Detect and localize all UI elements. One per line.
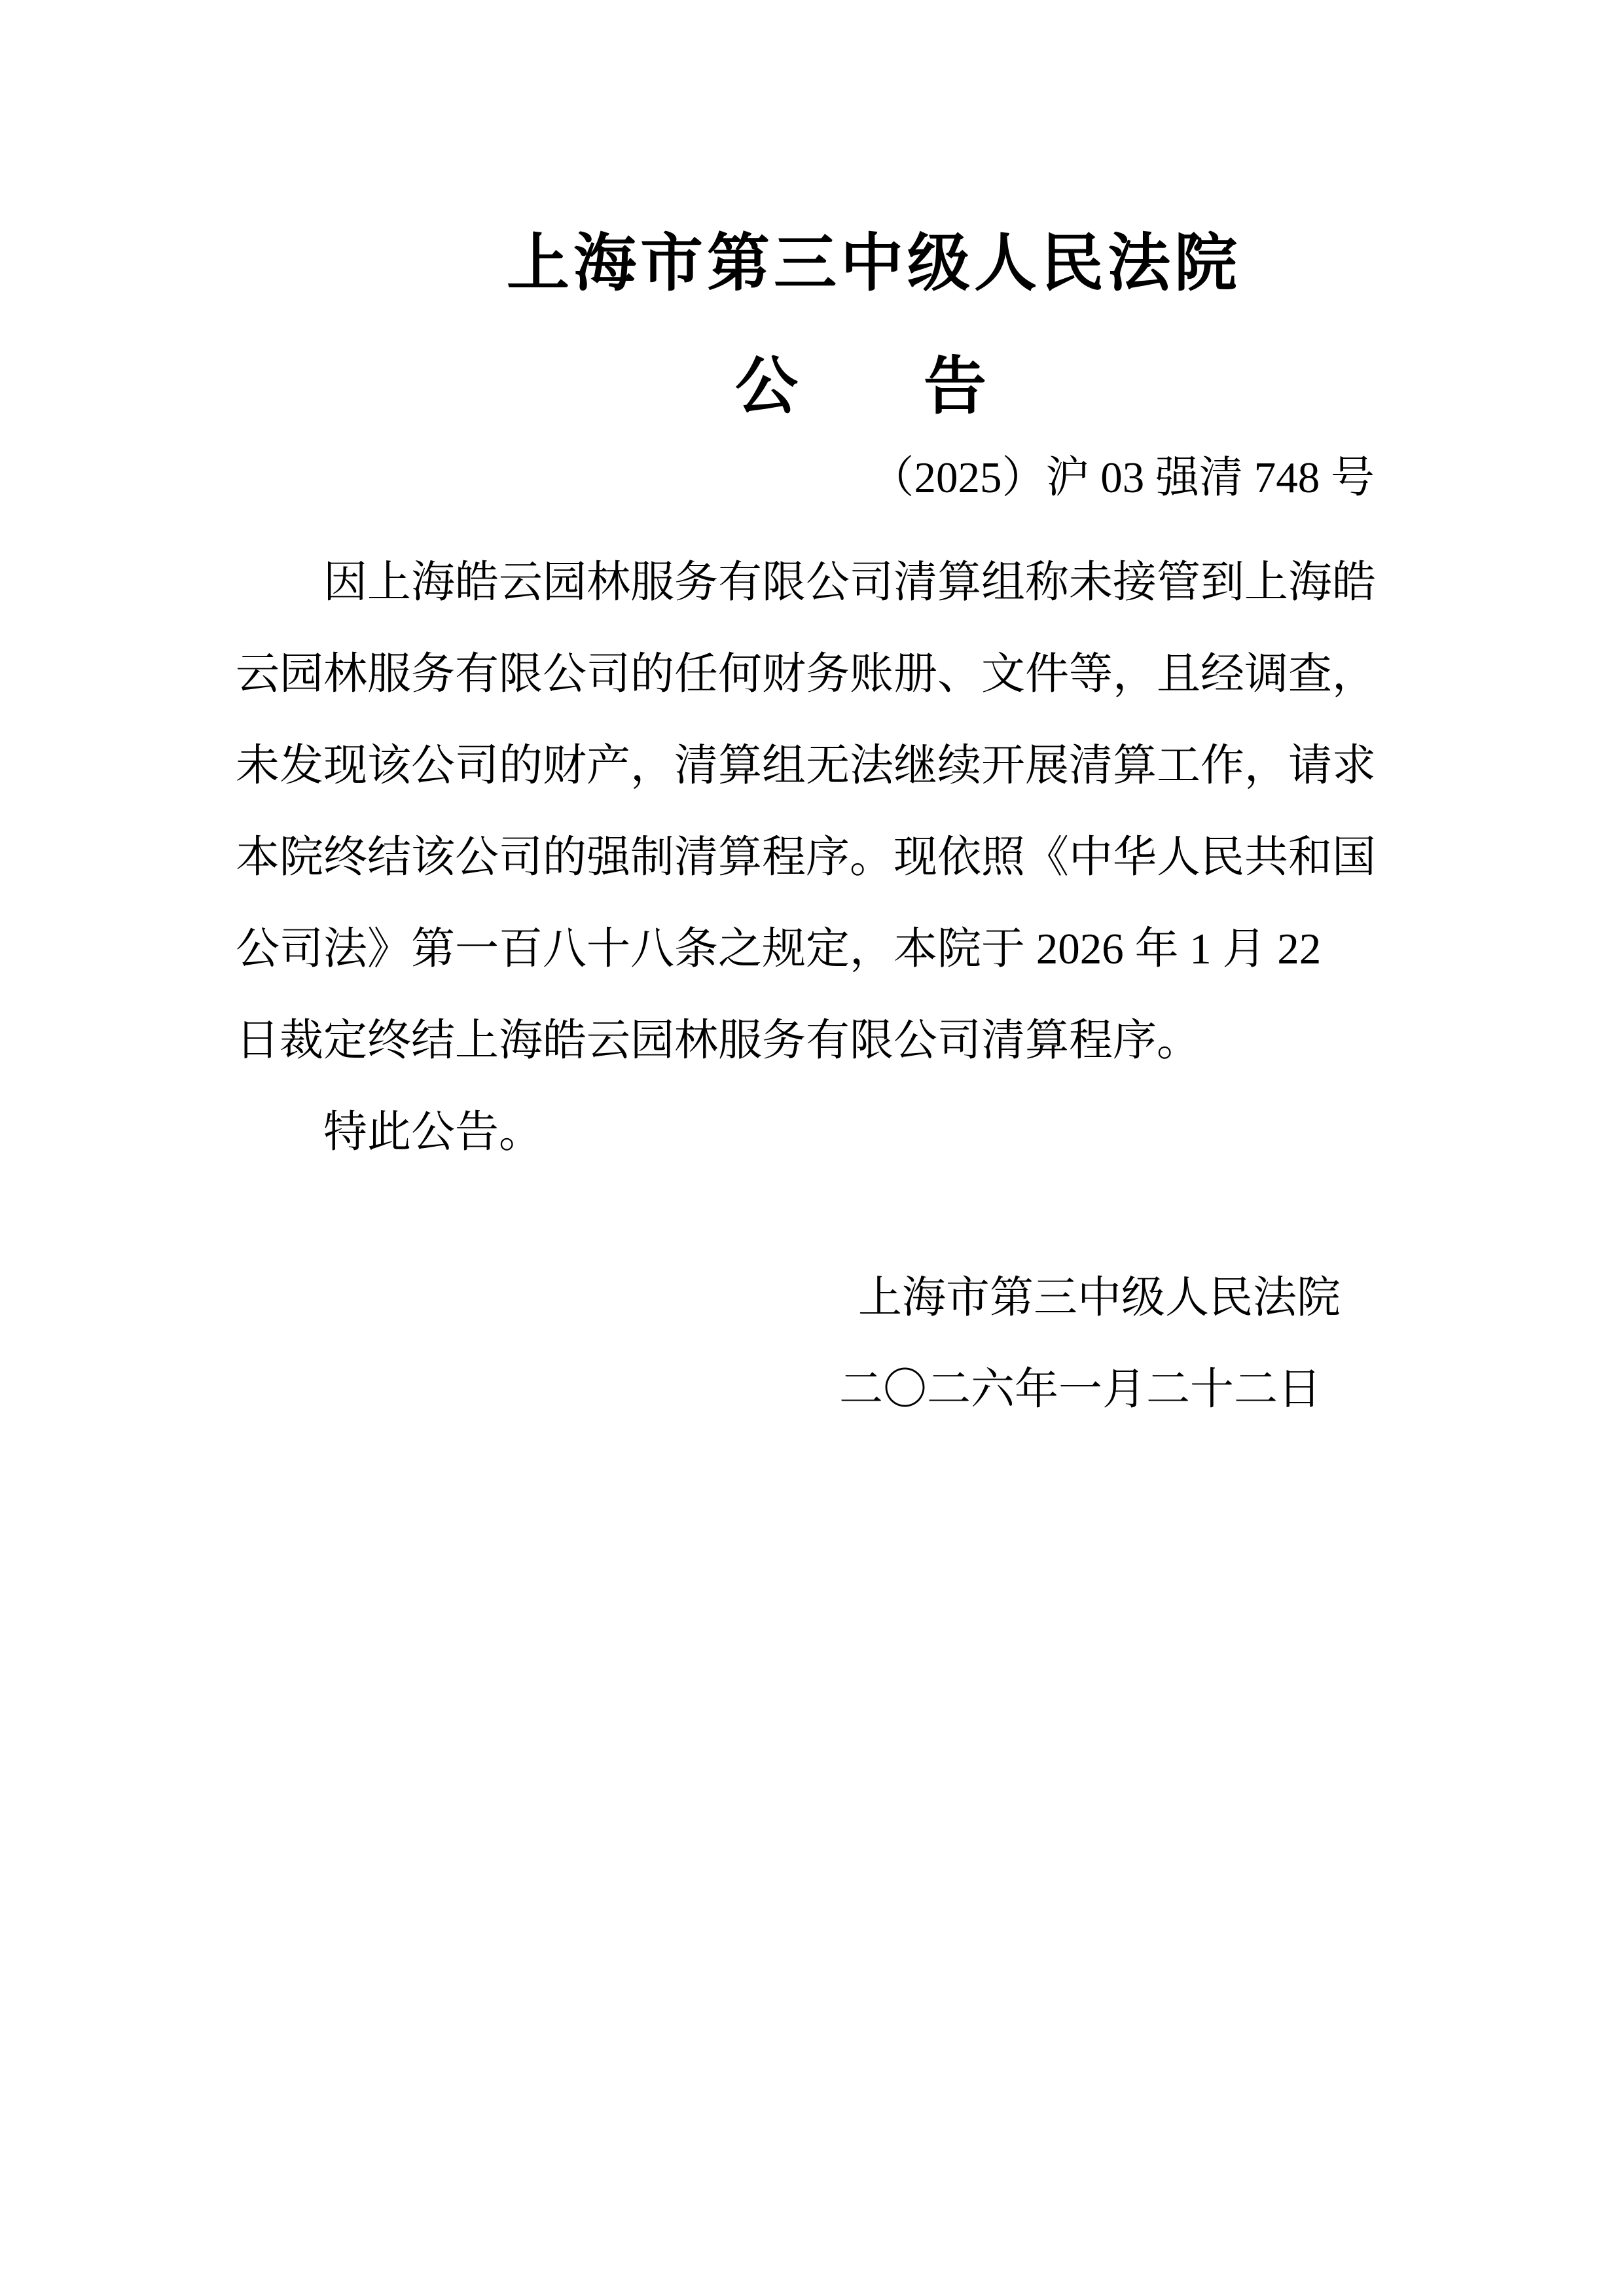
body-line: 云园林服务有限公司的任何财务账册、文件等，且经调查， — [236, 628, 1378, 720]
body-line: 因上海皓云园林服务有限公司清算组称未接管到上海皓 — [236, 537, 1378, 628]
announcement-body: 因上海皓云园林服务有限公司清算组称未接管到上海皓 云园林服务有限公司的任何财务账… — [236, 537, 1378, 1178]
body-line: 日裁定终结上海皓云园林服务有限公司清算程序。 — [236, 995, 1378, 1086]
document-page: 上海市第三中级人民法院 公 告 （2025）沪 03 强清 748 号 因上海皓… — [0, 0, 1624, 2296]
body-line: 本院终结该公司的强制清算程序。现依照《中华人民共和国 — [236, 812, 1378, 903]
closing-line: 特此公告。 — [236, 1086, 1378, 1178]
signature-date: 二〇二六年一月二十二日 — [839, 1344, 1322, 1435]
signature-court-name: 上海市第三中级人民法院 — [858, 1252, 1341, 1344]
court-name-heading: 上海市第三中级人民法院 — [507, 228, 1241, 300]
body-line: 未发现该公司的财产，清算组无法继续开展清算工作，请求 — [236, 720, 1378, 812]
body-line: 公司法》第一百八十八条之规定，本院于 2026 年 1 月 22 — [236, 903, 1378, 995]
case-number: （2025）沪 03 强清 748 号 — [871, 432, 1375, 524]
announcement-title: 公 告 — [735, 351, 986, 423]
